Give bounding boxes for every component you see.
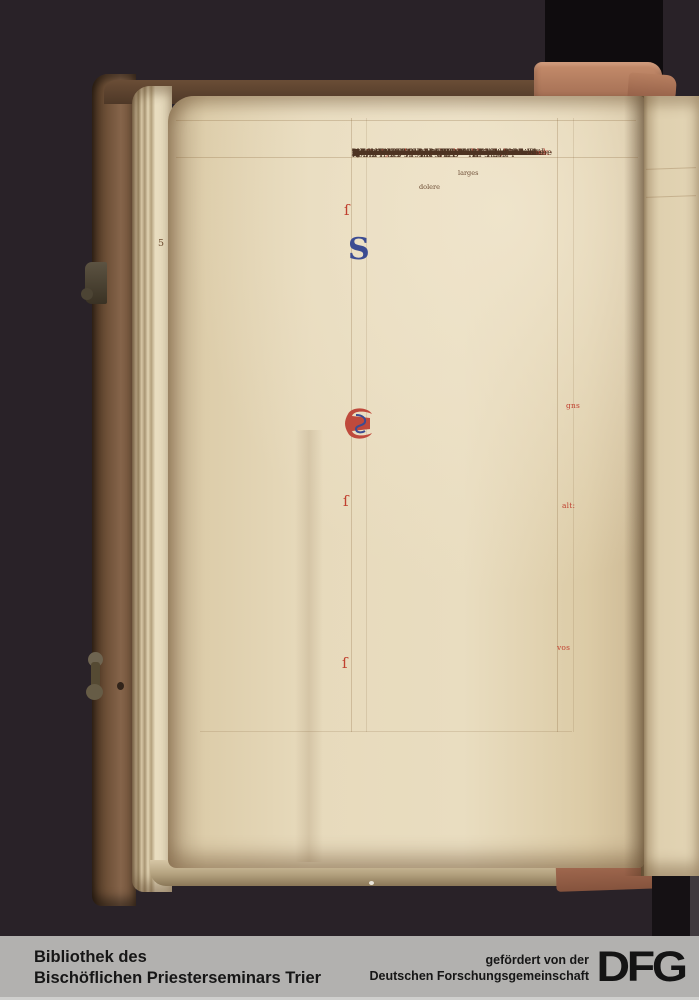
clasp-knob xyxy=(81,288,93,300)
funding-line2: Deutschen Forschungsgemeinschaft xyxy=(370,968,590,984)
decorated-initial xyxy=(344,406,375,441)
margin-note: vos xyxy=(557,643,570,652)
ruling-line xyxy=(646,167,696,170)
ruling-line xyxy=(176,120,636,121)
verse-text: ffert melchisedech ⁊ pane mer. bndictus xyxy=(352,147,530,161)
interlinear-gloss: larges xyxy=(458,169,478,177)
ruling-line xyxy=(200,731,572,732)
ruling-line xyxy=(646,195,696,198)
cover-rivet xyxy=(117,682,124,690)
facing-page-sliver xyxy=(641,96,699,876)
paraph-mark: ſ xyxy=(344,203,350,217)
clasp-top xyxy=(85,262,107,304)
blue-initial-S: S xyxy=(348,235,370,265)
ruling-line xyxy=(573,118,574,732)
interlinear-gloss: dolere xyxy=(419,183,440,191)
margin-note: gns xyxy=(566,401,580,410)
dark-background-bottom-right xyxy=(652,876,692,940)
library-line1: Bibliothek des xyxy=(34,947,321,968)
parchment-fold-shadow xyxy=(295,430,323,862)
footer-bar: Bibliothek des Bischöflichen Priestersem… xyxy=(0,936,699,1000)
gutter-shadow xyxy=(624,96,644,876)
manuscript-photo: 5 Cum p ecclesias qdam noul monstrat in … xyxy=(0,0,699,1000)
page-edges-stack-left xyxy=(132,86,172,892)
paraph-mark: ſ xyxy=(342,656,348,670)
paraph-mark: ſ xyxy=(343,494,349,508)
background-strip-right xyxy=(690,876,699,940)
folio-number: 5 xyxy=(158,238,164,249)
clasp-knob xyxy=(86,684,103,700)
funding-credit: gefördert von der Deutschen Forschungsge… xyxy=(370,952,590,984)
dfg-logo: DFG xyxy=(597,942,685,992)
library-line2: Bischöflichen Priesterseminars Trier xyxy=(34,968,321,989)
ruling-line xyxy=(557,118,558,732)
paper-speck xyxy=(369,881,374,885)
clasp-bottom xyxy=(86,652,106,700)
margin-note: alt: xyxy=(562,501,575,510)
library-name: Bibliothek des Bischöflichen Priestersem… xyxy=(34,947,321,989)
funding-line1: gefördert von der xyxy=(370,952,590,968)
book-cover-edge xyxy=(92,74,136,906)
